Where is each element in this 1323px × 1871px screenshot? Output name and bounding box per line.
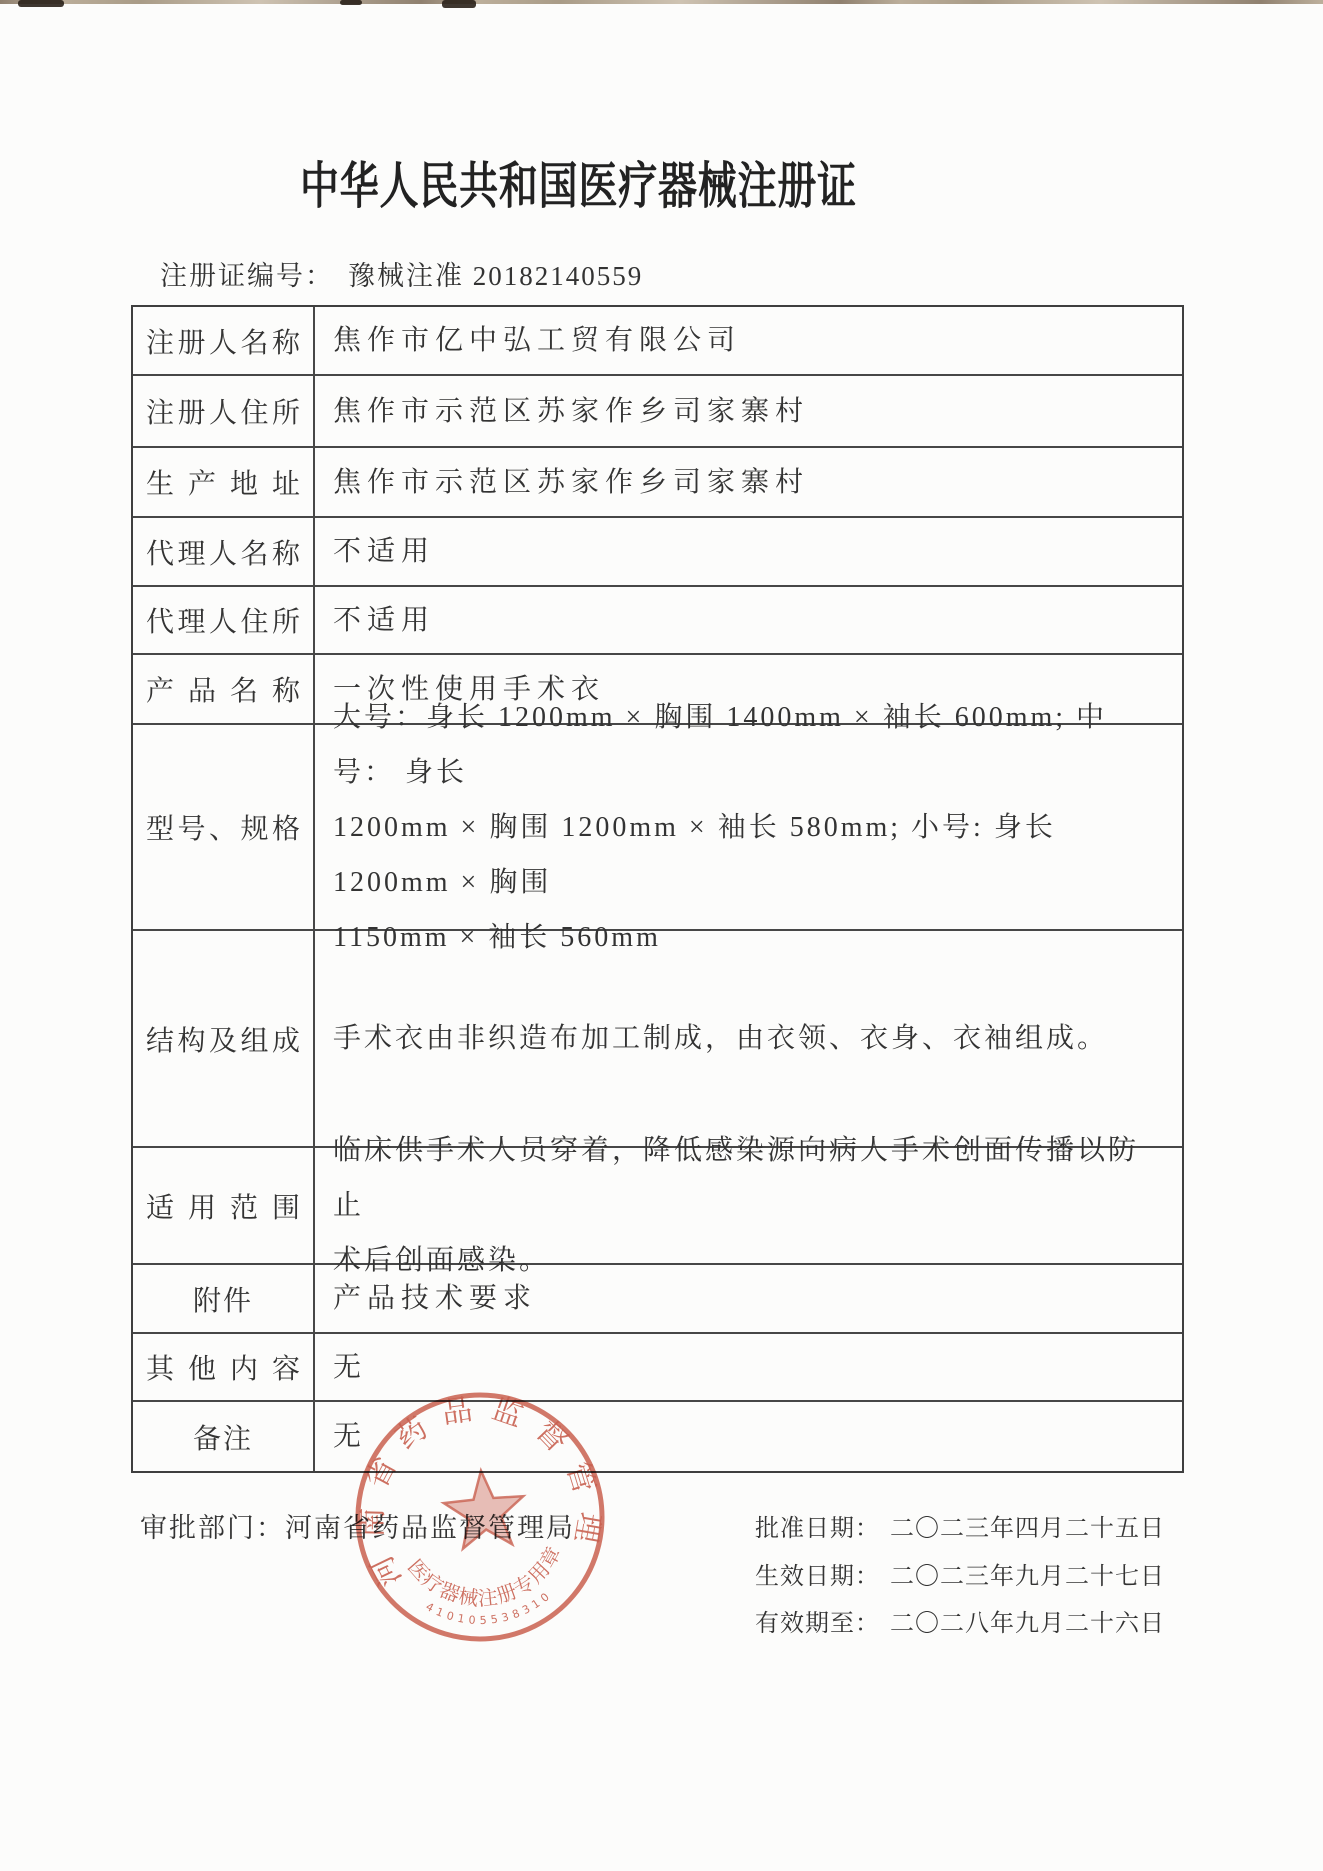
- row-value: 临床供手术人员穿着，降低感染源向病人手术创面传播以防止 术后创面感染。: [315, 1148, 1182, 1263]
- table-row: 适用范围 临床供手术人员穿着，降低感染源向病人手术创面传播以防止 术后创面感染。: [133, 1148, 1182, 1265]
- row-value: 不适用: [315, 518, 1182, 585]
- effective-date-value: 二〇二三年九月二十七日: [890, 1564, 1165, 1590]
- row-value: 焦作市示范区苏家作乡司家寨村: [315, 448, 1182, 516]
- table-row: 其他内容 无: [133, 1334, 1182, 1402]
- scan-blob-artifact: [18, 0, 64, 7]
- table-row: 注册人住所 焦作市示范区苏家作乡司家寨村: [133, 376, 1182, 448]
- row-label: 代理人住所: [133, 587, 315, 653]
- registration-number-value: 豫械注准 20182140559: [348, 261, 643, 291]
- row-label: 适用范围: [133, 1148, 315, 1263]
- row-label: 附件: [133, 1265, 315, 1332]
- info-table: 注册人名称 焦作市亿中弘工贸有限公司 注册人住所 焦作市示范区苏家作乡司家寨村 …: [131, 305, 1184, 1473]
- effective-date-line: 生效日期：二〇二三年九月二十七日: [755, 1556, 1165, 1591]
- stamp-star-icon: [441, 1467, 527, 1550]
- scan-edge-artifact: [0, 0, 1323, 4]
- scan-blob-artifact: [442, 0, 476, 8]
- approval-date-line: 批准日期：二〇二三年四月二十五日: [755, 1508, 1165, 1543]
- row-value: 焦作市亿中弘工贸有限公司: [315, 307, 1182, 374]
- row-value: 不适用: [315, 587, 1182, 653]
- certificate-page: { "page": { "title": "中华人民共和国医疗器械注册证", "…: [0, 0, 1323, 1871]
- row-label: 结构及组成: [133, 931, 315, 1146]
- table-row: 附件 产品技术要求: [133, 1265, 1182, 1334]
- row-label: 备注: [133, 1402, 315, 1471]
- approval-date-label: 批准日期：: [755, 1516, 880, 1542]
- page-title: 中华人民共和国医疗器械注册证: [300, 146, 857, 218]
- registration-number-label: 注册证编号：: [160, 261, 334, 291]
- row-label: 注册人名称: [133, 307, 315, 374]
- table-row: 型号、规格 大号：身长 1200mm × 胸围 1400mm × 袖长 600m…: [133, 725, 1182, 931]
- table-row: 生产地址 焦作市示范区苏家作乡司家寨村: [133, 448, 1182, 518]
- row-label: 产品名称: [133, 655, 315, 723]
- scan-blob-artifact: [340, 0, 362, 5]
- valid-until-value: 二〇二八年九月二十六日: [890, 1611, 1165, 1637]
- effective-date-label: 生效日期：: [755, 1564, 880, 1590]
- official-stamp: 河南省药品监督管理局 医疗器械注册专用章 4101055383103: [341, 1377, 619, 1656]
- table-row: 注册人名称 焦作市亿中弘工贸有限公司: [133, 307, 1182, 376]
- valid-until-line: 有效期至：二〇二八年九月二十六日: [755, 1603, 1165, 1638]
- approval-dept-label: 审批部门：: [140, 1513, 285, 1543]
- row-value: 大号：身长 1200mm × 胸围 1400mm × 袖长 600mm; 中号：…: [315, 725, 1182, 929]
- row-label: 其他内容: [133, 1334, 315, 1400]
- row-label: 注册人住所: [133, 376, 315, 446]
- table-row: 结构及组成 手术衣由非织造布加工制成，由衣领、衣身、衣袖组成。: [133, 931, 1182, 1148]
- row-label: 型号、规格: [133, 725, 315, 929]
- row-label: 代理人名称: [133, 518, 315, 585]
- row-label: 生产地址: [133, 448, 315, 516]
- registration-number-line: 注册证编号：豫械注准 20182140559: [160, 254, 643, 293]
- table-row: 备注 无: [133, 1402, 1182, 1471]
- row-value: 产品技术要求: [315, 1265, 1182, 1332]
- table-row: 代理人名称 不适用: [133, 518, 1182, 587]
- table-row: 代理人住所 不适用: [133, 587, 1182, 655]
- row-value: 焦作市示范区苏家作乡司家寨村: [315, 376, 1182, 446]
- valid-until-label: 有效期至：: [755, 1611, 880, 1637]
- row-value: 手术衣由非织造布加工制成，由衣领、衣身、衣袖组成。: [315, 931, 1182, 1146]
- approval-date-value: 二〇二三年四月二十五日: [890, 1516, 1165, 1542]
